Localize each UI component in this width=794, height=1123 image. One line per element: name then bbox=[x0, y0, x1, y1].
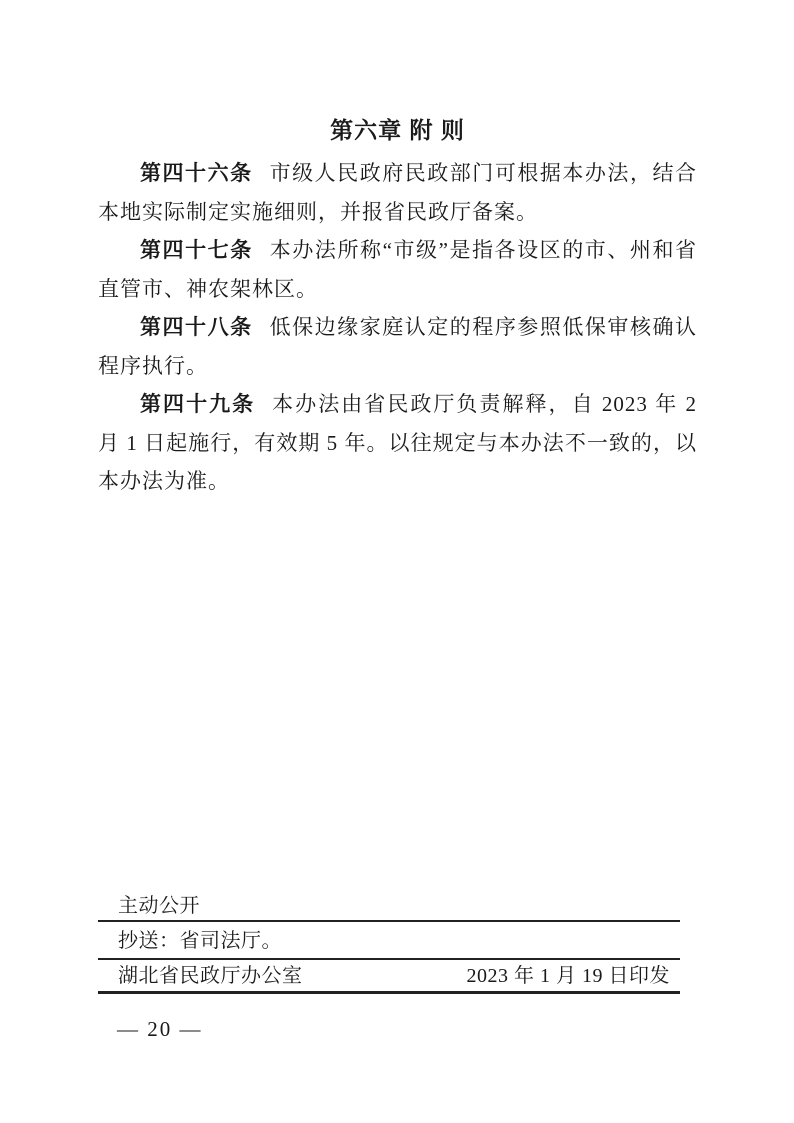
article-47-number: 第四十七条 bbox=[140, 239, 253, 262]
copy-to-label: 抄送：省司法厅。 bbox=[118, 930, 282, 952]
disclosure-level-label: 主动公开 bbox=[118, 895, 200, 917]
issuer-row: 湖北省民政厅办公室 2023 年 1 月 19 日印发 bbox=[98, 960, 680, 994]
document-page: 第六章 附 则 第四十六条市级人民政府民政部门可根据本办法，结合本地实际制定实施… bbox=[0, 0, 794, 1123]
print-date-label: 2023 年 1 月 19 日印发 bbox=[467, 960, 671, 991]
article-49-number: 第四十九条 bbox=[140, 393, 255, 416]
article-47-paragraph: 第四十七条本办法所称“市级”是指各设区的市、州和省直管市、神农架林区。 bbox=[98, 231, 697, 308]
page-number: — 20 — bbox=[117, 1017, 203, 1042]
article-46-paragraph: 第四十六条市级人民政府民政部门可根据本办法，结合本地实际制定实施细则，并报省民政… bbox=[98, 154, 697, 231]
issuing-office-label: 湖北省民政厅办公室 bbox=[118, 960, 303, 991]
document-body: 第六章 附 则 第四十六条市级人民政府民政部门可根据本办法，结合本地实际制定实施… bbox=[98, 111, 697, 500]
article-48-number: 第四十八条 bbox=[140, 316, 253, 339]
article-48-paragraph: 第四十八条低保边缘家庭认定的程序参照低保审核确认程序执行。 bbox=[98, 308, 697, 385]
document-footer: 主动公开 抄送：省司法厅。 湖北省民政厅办公室 2023 年 1 月 19 日印… bbox=[98, 893, 680, 994]
article-46-number: 第四十六条 bbox=[140, 162, 253, 185]
article-49-paragraph: 第四十九条本办法由省民政厅负责解释，自 2023 年 2 月 1 日起施行，有效… bbox=[98, 385, 697, 500]
copy-to-row: 抄送：省司法厅。 bbox=[98, 922, 680, 960]
disclosure-row: 主动公开 bbox=[98, 893, 680, 922]
chapter-heading: 第六章 附 则 bbox=[98, 111, 697, 149]
